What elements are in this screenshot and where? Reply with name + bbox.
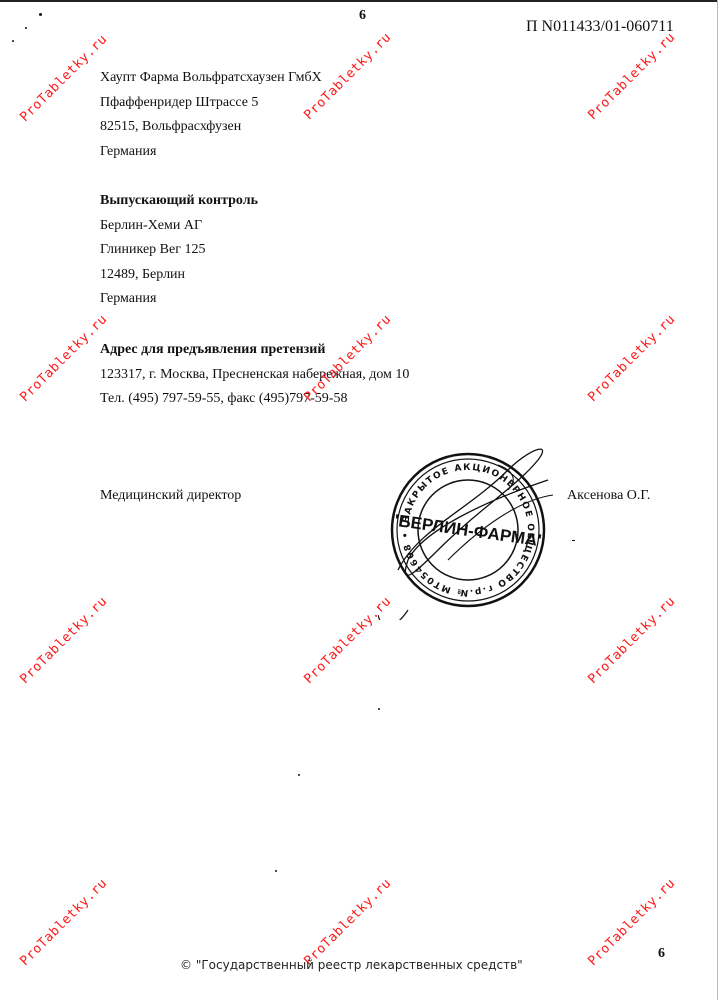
release-control-heading: Выпускающий контроль: [100, 189, 258, 214]
manufacturer-address: Хаупт Фарма Вольфратсхаузен ГмбХ Пфаффен…: [100, 66, 322, 164]
scan-speck: [298, 774, 300, 776]
release-control-line: Глиникер Вег 125: [100, 238, 258, 263]
release-control-section: Выпускающий контроль Берлин-Хеми АГ Глин…: [100, 189, 258, 312]
scan-speck: [25, 27, 27, 29]
manufacturer-line: Пфаффенридер Штрассе 5: [100, 91, 322, 116]
watermark: ProTabletky.ru: [17, 32, 110, 125]
watermark: ProTabletky.ru: [17, 312, 110, 405]
document-code: П N011433/01-060711: [526, 18, 674, 36]
claims-address-heading: Адрес для предъявления претензий: [100, 338, 409, 363]
page-number-top: 6: [359, 8, 366, 24]
watermark: ProTabletky.ru: [17, 594, 110, 687]
claims-phone-line: Тел. (495) 797-59-55, факс (495)797-59-5…: [100, 387, 409, 412]
watermark: ProTabletky.ru: [585, 30, 678, 123]
watermark: ProTabletky.ru: [585, 594, 678, 687]
scan-speck: [12, 40, 14, 42]
svg-text:"БЕРЛИН-ФАРМА": "БЕРЛИН-ФАРМА": [389, 510, 546, 551]
watermark: ProTabletky.ru: [17, 876, 110, 969]
scan-speck: [39, 13, 42, 16]
manufacturer-line: Хаупт Фарма Вольфратсхаузен ГмбХ: [100, 66, 322, 91]
top-border: [0, 0, 718, 2]
manufacturer-line: 82515, Вольфрасхфузен: [100, 115, 322, 140]
watermark: ProTabletky.ru: [301, 876, 394, 969]
scan-speck: [378, 708, 380, 710]
signatory-name: Аксенова О.Г.: [567, 488, 650, 504]
footer-copyright: © "Государственный реестр лекарственных …: [180, 958, 523, 972]
watermark: ProTabletky.ru: [585, 312, 678, 405]
claims-address-line: 123317, г. Москва, Пресненская набережна…: [100, 363, 409, 388]
page-number-bottom: 6: [658, 946, 665, 962]
signatory-title: Медицинский директор: [100, 488, 241, 504]
scan-speck: [275, 870, 277, 872]
scan-speck: [572, 540, 575, 541]
release-control-line: Германия: [100, 287, 258, 312]
release-control-line: Берлин-Хеми АГ: [100, 214, 258, 239]
release-control-line: 12489, Берлин: [100, 263, 258, 288]
stamp-seal-icon: ЗАКРЫТОЕ АКЦИОНЕРНОЕ ОБЩЕСТВО г.р.№ МТ05…: [378, 440, 558, 620]
manufacturer-line: Германия: [100, 140, 322, 165]
claims-address-section: Адрес для предъявления претензий 123317,…: [100, 338, 409, 412]
company-stamp: ЗАКРЫТОЕ АКЦИОНЕРНОЕ ОБЩЕСТВО г.р.№ МТ05…: [378, 440, 558, 625]
